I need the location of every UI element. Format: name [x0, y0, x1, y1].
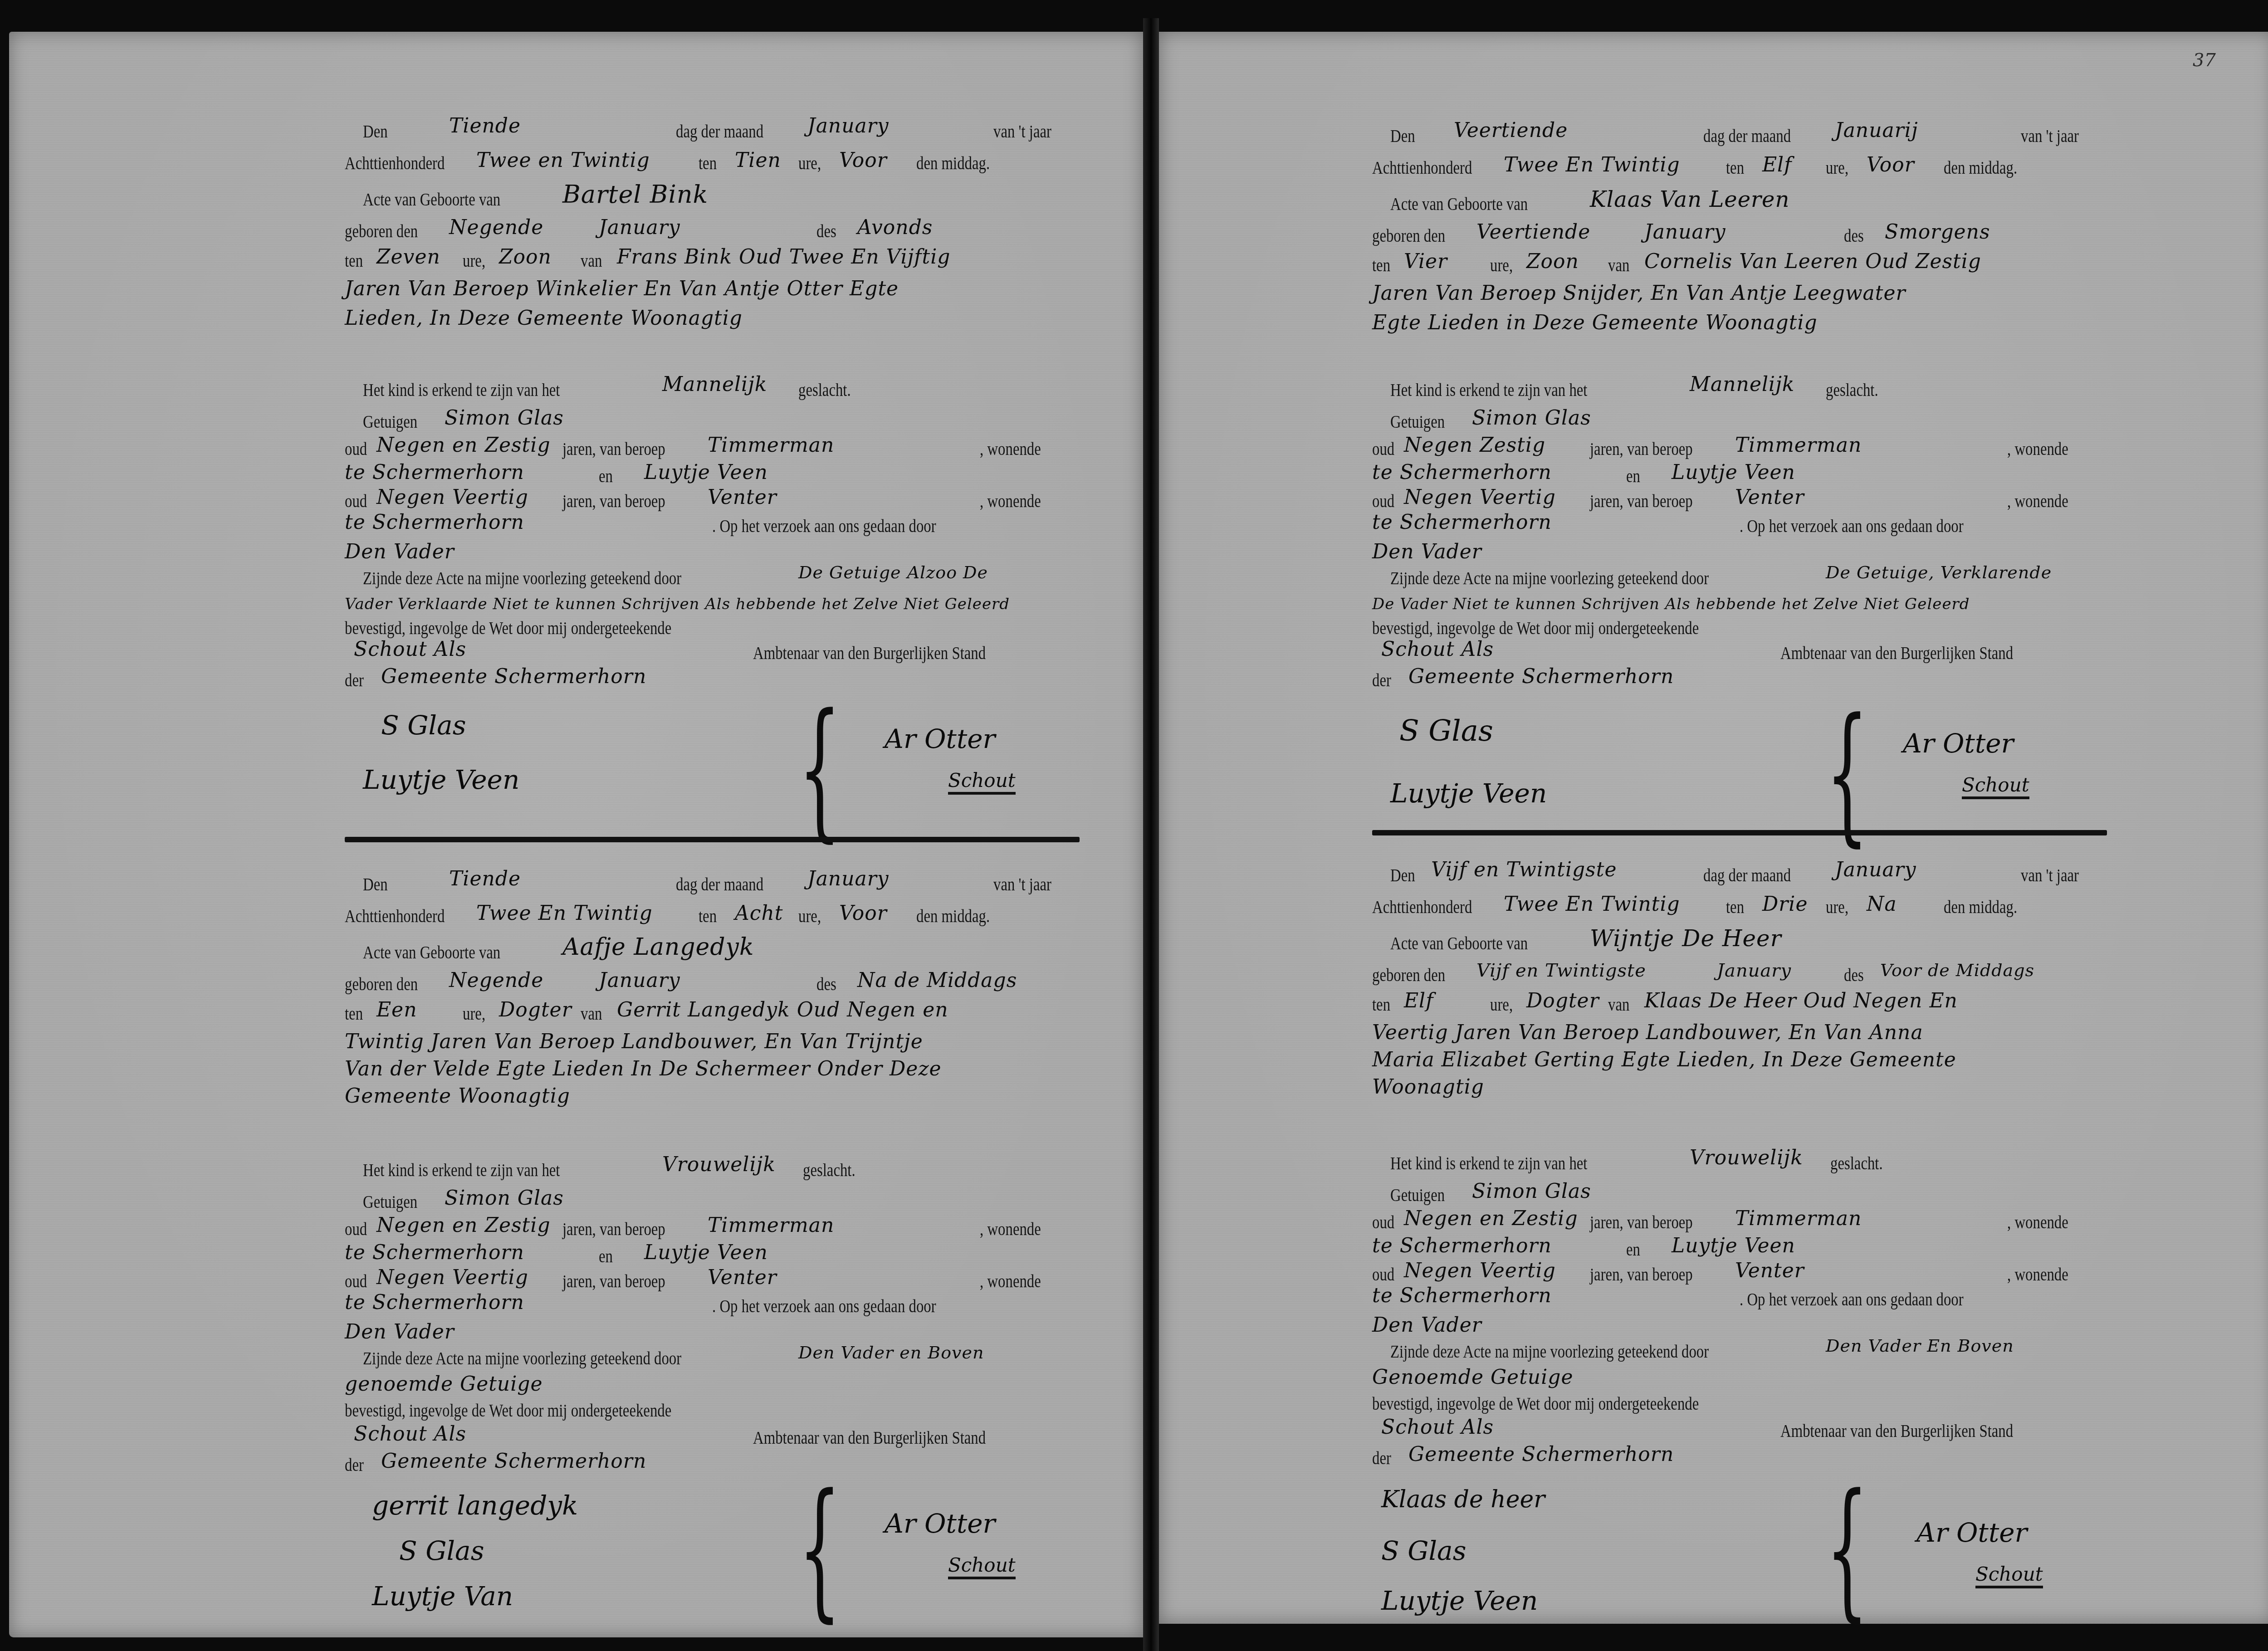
label-der: der [1372, 671, 1391, 689]
label-op-het-verzoek: . Op het verzoek aan ons gedaan door [1740, 1290, 1964, 1309]
record-divider [1372, 830, 2107, 835]
signature-witness1: S Glas [399, 1538, 484, 1564]
label-den-middag: den middag. [1944, 159, 2017, 177]
parents-line-3: Van der Velde Egte Lieden In De Schermee… [345, 1059, 942, 1079]
born-time-of-day: Na de Middags [857, 971, 1017, 991]
label-en: en [599, 467, 613, 485]
father-text: Gerrit Langedyk Oud Negen en [617, 1000, 948, 1020]
label-het-kind: Het kind is erkend te zijn van het [1390, 1154, 1587, 1172]
child-sex: Mannelijk [662, 375, 767, 395]
label-ure: ure, [1826, 898, 1848, 916]
municipality: Gemeente Schermerhorn [381, 667, 646, 687]
witness2-residence: te Schermerhorn [345, 1293, 524, 1313]
label-wonende: , wonende [980, 440, 1041, 458]
label-ambtenaar: Ambtenaar van den Burgerlijken Stand [1780, 1422, 2013, 1440]
label-van: van [1608, 256, 1629, 274]
parents-line-3: Lieden, In Deze Gemeente Woonagtig [345, 308, 743, 328]
official-title: Schout Als [1381, 1417, 1494, 1437]
record-am-pm: Na [1867, 894, 1897, 914]
child-name: Klaas Van Leeren [1590, 189, 1789, 210]
parents-line-2: Jaren Van Beroep Winkelier En Van Antje … [345, 279, 899, 299]
label-ten-2: ten [345, 252, 363, 270]
label-getuigen: Getuigen [363, 413, 417, 431]
witness1-name: Simon Glas [445, 1188, 564, 1208]
label-van-t-jaar: van 't jaar [2021, 127, 2079, 145]
label-en: en [1626, 1241, 1640, 1259]
label-wonende-2: , wonende [2007, 1265, 2068, 1284]
parents-line-3: Egte Lieden in Deze Gemeente Woonagtig [1372, 313, 1818, 333]
relation: Zoon [499, 247, 552, 267]
label-dag-der-maand: dag der maand [676, 875, 763, 894]
label-ure-2: ure, [463, 1005, 485, 1023]
born-day: Negende [449, 218, 543, 238]
label-acte: Acte van Geboorte van [1390, 195, 1528, 213]
label-wonende: , wonende [2007, 440, 2068, 458]
label-zijnde: Zijnde deze Acte na mijne voorlezing get… [363, 569, 681, 587]
signature-official: Ar Otter [885, 1510, 995, 1537]
label-het-kind: Het kind is erkend te zijn van het [1390, 381, 1587, 399]
label-acte: Acte van Geboorte van [363, 943, 500, 962]
municipality: Gemeente Schermerhorn [1408, 1445, 1674, 1465]
label-den-middag: den middag. [1944, 898, 2017, 916]
label-wonende-2: , wonende [980, 492, 1041, 510]
witness1-residence: te Schermerhorn [1372, 463, 1552, 483]
child-sex: Vrouwelijk [662, 1155, 776, 1175]
born-hour: Vier [1404, 252, 1447, 272]
label-en: en [1626, 467, 1640, 485]
label-achttienhonderd: Achttienhonderd [1372, 898, 1472, 916]
record-am-pm: Voor [839, 904, 887, 923]
label-van: van [1608, 996, 1629, 1014]
label-zijnde: Zijnde deze Acte na mijne voorlezing get… [1390, 1343, 1709, 1361]
witness2-occupation: Venter [1735, 1261, 1804, 1281]
signature-official: Ar Otter [1903, 730, 2014, 757]
signed-by-line-2: Vader Verklaarde Niet te kunnen Schrijve… [345, 596, 1010, 612]
label-oud-2: oud [345, 1272, 367, 1290]
relation: Dogter [499, 1000, 572, 1020]
signed-by-line-1: De Getuige, Verklarende [1826, 564, 2052, 581]
child-sex: Vrouwelijk [1690, 1148, 1803, 1168]
label-des: des [1844, 966, 1864, 984]
relation: Zoon [1526, 252, 1579, 272]
label-oud-2: oud [1372, 1265, 1394, 1284]
parents-line-2: Veertig Jaren Van Beroep Landbouwer, En … [1372, 1023, 1923, 1043]
label-der: der [345, 1456, 364, 1474]
record-am-pm: Voor [1867, 155, 1915, 175]
record-month: January [807, 116, 889, 136]
signature-brace: { [798, 694, 841, 844]
witness1-age: Negen en Zestig [1404, 1209, 1578, 1229]
label-den: Den [1390, 127, 1415, 145]
signature-schout: Schout [948, 1556, 1016, 1579]
record-day: Tiende [449, 116, 521, 136]
record-month: Januarij [1835, 121, 1918, 141]
record-year: Twee En Twintig [476, 904, 653, 923]
witness1-name: Simon Glas [1472, 408, 1591, 428]
label-den: Den [1390, 866, 1415, 884]
signed-by-line-2: De Vader Niet te kunnen Schrijven Als he… [1372, 596, 1970, 612]
witness2-residence: te Schermerhorn [1372, 513, 1552, 532]
witness2-occupation: Venter [1735, 488, 1804, 508]
parents-line-2: Jaren Van Beroep Snijder, En Van Antje L… [1372, 283, 1906, 303]
label-der: der [345, 671, 364, 689]
label-bevestigd: bevestigd, ingevolge de Wet door mij ond… [345, 1402, 671, 1420]
born-month: January [599, 218, 680, 238]
witness1-age: Negen en Zestig [376, 435, 551, 455]
label-ure-2: ure, [1490, 996, 1513, 1014]
record-month: January [1835, 860, 1916, 880]
witness2-occupation: Venter [708, 488, 777, 508]
record-hour: Tien [735, 151, 781, 171]
label-der: der [1372, 1449, 1391, 1467]
father-text: Klaas De Heer Oud Negen En [1644, 991, 1958, 1011]
label-geboren-den: geboren den [345, 222, 418, 240]
record-hour: Elf [1762, 155, 1792, 175]
witness1-occupation: Timmerman [708, 1216, 834, 1236]
label-op-het-verzoek: . Op het verzoek aan ons gedaan door [712, 1297, 936, 1315]
page-number: 37 [2193, 50, 2216, 71]
record-divider [345, 837, 1080, 842]
label-wonende-2: , wonende [2007, 492, 2068, 510]
parents-line-3: Maria Elizabet Gerting Egte Lieden, In D… [1372, 1050, 1956, 1070]
label-ure-2: ure, [1490, 256, 1513, 274]
requested-by: Den Vader [345, 1322, 455, 1342]
label-het-kind: Het kind is erkend te zijn van het [363, 1161, 560, 1179]
label-ure: ure, [1826, 159, 1848, 177]
label-oud-2: oud [1372, 492, 1394, 510]
label-dag-der-maand: dag der maand [1703, 127, 1791, 145]
official-title: Schout Als [1381, 640, 1494, 659]
label-ten: ten [699, 154, 717, 172]
right-page: 37 Den Veertiende dag der maand Januarij… [1159, 32, 2268, 1624]
label-ten-2: ten [1372, 996, 1390, 1014]
signature-witness1: S Glas [1399, 717, 1493, 746]
label-achttienhonderd: Achttienhonderd [345, 154, 445, 172]
signature-witness2: Luytje Veen [1390, 780, 1547, 806]
requested-by: Den Vader [345, 542, 455, 562]
signature-schout: Schout [948, 771, 1016, 795]
signature-brace: { [1826, 698, 1868, 848]
label-geslacht: geslacht. [1830, 1154, 1883, 1172]
witness1-residence: te Schermerhorn [345, 1243, 524, 1263]
label-geslacht: geslacht. [1826, 381, 1878, 399]
label-ure: ure, [798, 907, 821, 925]
child-name: Wijntje De Heer [1590, 927, 1782, 950]
signature-witness2: Luytje Van [372, 1583, 513, 1609]
signed-by-line-1: Den Vader En Boven [1826, 1337, 2014, 1354]
record-year: Twee En Twintig [1504, 894, 1680, 914]
label-des: des [816, 975, 836, 993]
label-ten: ten [1726, 159, 1744, 177]
witness2-residence: te Schermerhorn [345, 513, 524, 532]
signature-father: Klaas de heer [1381, 1488, 1545, 1511]
born-hour: Zeven [376, 247, 440, 267]
label-ten-2: ten [345, 1005, 363, 1023]
witness2-age: Negen Veertig [1404, 1261, 1556, 1281]
signed-by-line-2: Genoemde Getuige [1372, 1368, 1573, 1387]
book-spine [1143, 18, 1159, 1651]
father-text: Cornelis Van Leeren Oud Zestig [1644, 252, 1981, 272]
label-van: van [581, 252, 602, 270]
child-sex: Mannelijk [1690, 375, 1794, 395]
label-oud: oud [1372, 1213, 1394, 1231]
parents-line-2: Twintig Jaren Van Beroep Landbouwer, En … [345, 1032, 923, 1052]
witness2-residence: te Schermerhorn [1372, 1286, 1552, 1306]
label-jaren-beroep-2: jaren, van beroep [1590, 492, 1693, 510]
record-hour: Drie [1762, 894, 1808, 914]
born-month: January [599, 971, 680, 991]
label-jaren-beroep: jaren, van beroep [1590, 440, 1693, 458]
municipality: Gemeente Schermerhorn [1408, 667, 1674, 687]
signature-brace: { [798, 1474, 841, 1624]
label-oud: oud [1372, 440, 1394, 458]
witness2-name: Luytje Veen [1672, 463, 1795, 483]
label-oud: oud [345, 440, 367, 458]
label-wonende: , wonende [980, 1220, 1041, 1238]
signed-by-line-1: De Getuige Alzoo De [798, 564, 988, 581]
label-ten: ten [1726, 898, 1744, 916]
label-geboren-den: geboren den [345, 975, 418, 993]
born-hour: Elf [1404, 991, 1433, 1011]
witness2-age: Negen Veertig [376, 1268, 528, 1288]
witness1-occupation: Timmerman [1735, 1209, 1862, 1229]
label-geboren-den: geboren den [1372, 227, 1445, 245]
label-den-middag: den middag. [916, 907, 990, 925]
parents-line-4: Woonagtig [1372, 1077, 1484, 1097]
witness1-age: Negen en Zestig [376, 1216, 551, 1236]
born-month: January [1717, 962, 1791, 980]
label-bevestigd: bevestigd, ingevolge de Wet door mij ond… [345, 619, 671, 637]
label-des: des [1844, 227, 1864, 245]
signature-witness1: S Glas [381, 712, 466, 738]
witness1-name: Simon Glas [445, 408, 564, 428]
label-zijnde: Zijnde deze Acte na mijne voorlezing get… [1390, 569, 1709, 587]
label-bevestigd: bevestigd, ingevolge de Wet door mij ond… [1372, 619, 1699, 637]
signature-witness1: S Glas [1381, 1538, 1466, 1564]
label-ambtenaar: Ambtenaar van den Burgerlijken Stand [753, 644, 986, 662]
label-ambtenaar: Ambtenaar van den Burgerlijken Stand [1780, 644, 2013, 662]
born-day: Vijf en Twintigste [1476, 962, 1646, 980]
signature-schout: Schout [1975, 1565, 2043, 1588]
label-geslacht: geslacht. [803, 1161, 855, 1179]
born-time-of-day: Smorgens [1885, 222, 1990, 242]
witness2-name: Luytje Veen [644, 463, 768, 483]
label-wonende-2: , wonende [980, 1272, 1041, 1290]
born-time-of-day: Avonds [857, 218, 933, 238]
label-geboren-den: geboren den [1372, 966, 1445, 984]
label-den: Den [363, 122, 388, 141]
label-oud-2: oud [345, 492, 367, 510]
signature-official: Ar Otter [1916, 1519, 2027, 1546]
label-jaren-beroep: jaren, van beroep [562, 440, 665, 458]
born-time-of-day: Voor de Middags [1880, 962, 2034, 979]
label-van-t-jaar: van 't jaar [993, 122, 1051, 141]
signature-brace: { [1826, 1474, 1868, 1624]
witness2-occupation: Venter [708, 1268, 777, 1288]
label-ambtenaar: Ambtenaar van den Burgerlijken Stand [753, 1429, 986, 1447]
label-getuigen: Getuigen [1390, 413, 1445, 431]
label-het-kind: Het kind is erkend te zijn van het [363, 381, 560, 399]
label-geslacht: geslacht. [798, 381, 851, 399]
record-day: Vijf en Twintigste [1431, 860, 1617, 880]
municipality: Gemeente Schermerhorn [381, 1451, 646, 1471]
child-name: Aafje Langedyk [562, 935, 754, 959]
label-wonende: , wonende [2007, 1213, 2068, 1231]
witness2-age: Negen Veertig [376, 488, 528, 508]
label-den-middag: den middag. [916, 154, 990, 172]
label-oud: oud [345, 1220, 367, 1238]
record-day: Veertiende [1454, 121, 1568, 141]
label-jaren-beroep: jaren, van beroep [1590, 1213, 1693, 1231]
official-title: Schout Als [354, 1424, 466, 1444]
born-day: Negende [449, 971, 543, 991]
label-des: des [816, 222, 836, 240]
label-en: en [599, 1247, 613, 1265]
signature-schout: Schout [1962, 776, 2029, 799]
label-van-t-jaar: van 't jaar [2021, 866, 2079, 884]
label-jaren-beroep: jaren, van beroep [562, 1220, 665, 1238]
witness2-name: Luytje Veen [1672, 1236, 1795, 1256]
label-acte: Acte van Geboorte van [363, 190, 500, 209]
signature-witness2: Luytje Veen [363, 767, 519, 793]
witness2-name: Luytje Veen [644, 1243, 768, 1263]
witness1-residence: te Schermerhorn [345, 463, 524, 483]
signature-official: Ar Otter [885, 726, 995, 752]
born-day: Veertiende [1476, 222, 1590, 242]
relation: Dogter [1526, 991, 1599, 1011]
witness1-age: Negen Zestig [1404, 435, 1545, 455]
record-year: Twee en Twintig [476, 151, 650, 171]
witness2-age: Negen Veertig [1404, 488, 1556, 508]
record-year: Twee En Twintig [1504, 155, 1680, 175]
witness1-occupation: Timmerman [1735, 435, 1862, 455]
label-acte: Acte van Geboorte van [1390, 934, 1528, 952]
label-zijnde: Zijnde deze Acte na mijne voorlezing get… [363, 1349, 681, 1368]
father-text: Frans Bink Oud Twee En Vijftig [617, 247, 951, 267]
label-getuigen: Getuigen [363, 1193, 417, 1211]
label-op-het-verzoek: . Op het verzoek aan ons gedaan door [1740, 517, 1964, 535]
label-jaren-beroep-2: jaren, van beroep [562, 492, 665, 510]
label-dag-der-maand: dag der maand [676, 122, 763, 141]
signed-by-line-2: genoemde Getuige [345, 1374, 543, 1394]
label-jaren-beroep-2: jaren, van beroep [1590, 1265, 1693, 1284]
record-month: January [807, 869, 889, 889]
witness1-residence: te Schermerhorn [1372, 1236, 1552, 1256]
requested-by: Den Vader [1372, 542, 1482, 562]
record-hour: Acht [735, 904, 783, 923]
record-day: Tiende [449, 869, 521, 889]
label-ure: ure, [798, 154, 821, 172]
label-op-het-verzoek: . Op het verzoek aan ons gedaan door [712, 517, 936, 535]
label-achttienhonderd: Achttienhonderd [1372, 159, 1472, 177]
label-bevestigd: bevestigd, ingevolge de Wet door mij ond… [1372, 1395, 1699, 1413]
witness1-name: Simon Glas [1472, 1182, 1591, 1202]
child-name: Bartel Bink [562, 182, 708, 207]
born-month: January [1644, 222, 1726, 242]
signed-by-line-1: Den Vader en Boven [798, 1344, 984, 1361]
requested-by: Den Vader [1372, 1315, 1482, 1335]
label-dag-der-maand: dag der maand [1703, 866, 1791, 884]
official-title: Schout Als [354, 640, 466, 659]
label-ten: ten [699, 907, 717, 925]
label-van: van [581, 1005, 602, 1023]
label-van-t-jaar: van 't jaar [993, 875, 1051, 894]
signature-father: gerrit langedyk [372, 1492, 578, 1519]
record-am-pm: Voor [839, 151, 887, 171]
signature-witness2: Luytje Veen [1381, 1587, 1538, 1614]
label-ten-2: ten [1372, 256, 1390, 274]
born-hour: Een [376, 1000, 417, 1020]
label-jaren-beroep-2: jaren, van beroep [562, 1272, 665, 1290]
parents-line-4: Gemeente Woonagtig [345, 1086, 570, 1106]
label-achttienhonderd: Achttienhonderd [345, 907, 445, 925]
label-ure-2: ure, [463, 252, 485, 270]
label-den: Den [363, 875, 388, 894]
left-page: Den Tiende dag der maand January van 't … [9, 32, 1143, 1637]
witness1-occupation: Timmerman [708, 435, 834, 455]
label-getuigen: Getuigen [1390, 1186, 1445, 1204]
